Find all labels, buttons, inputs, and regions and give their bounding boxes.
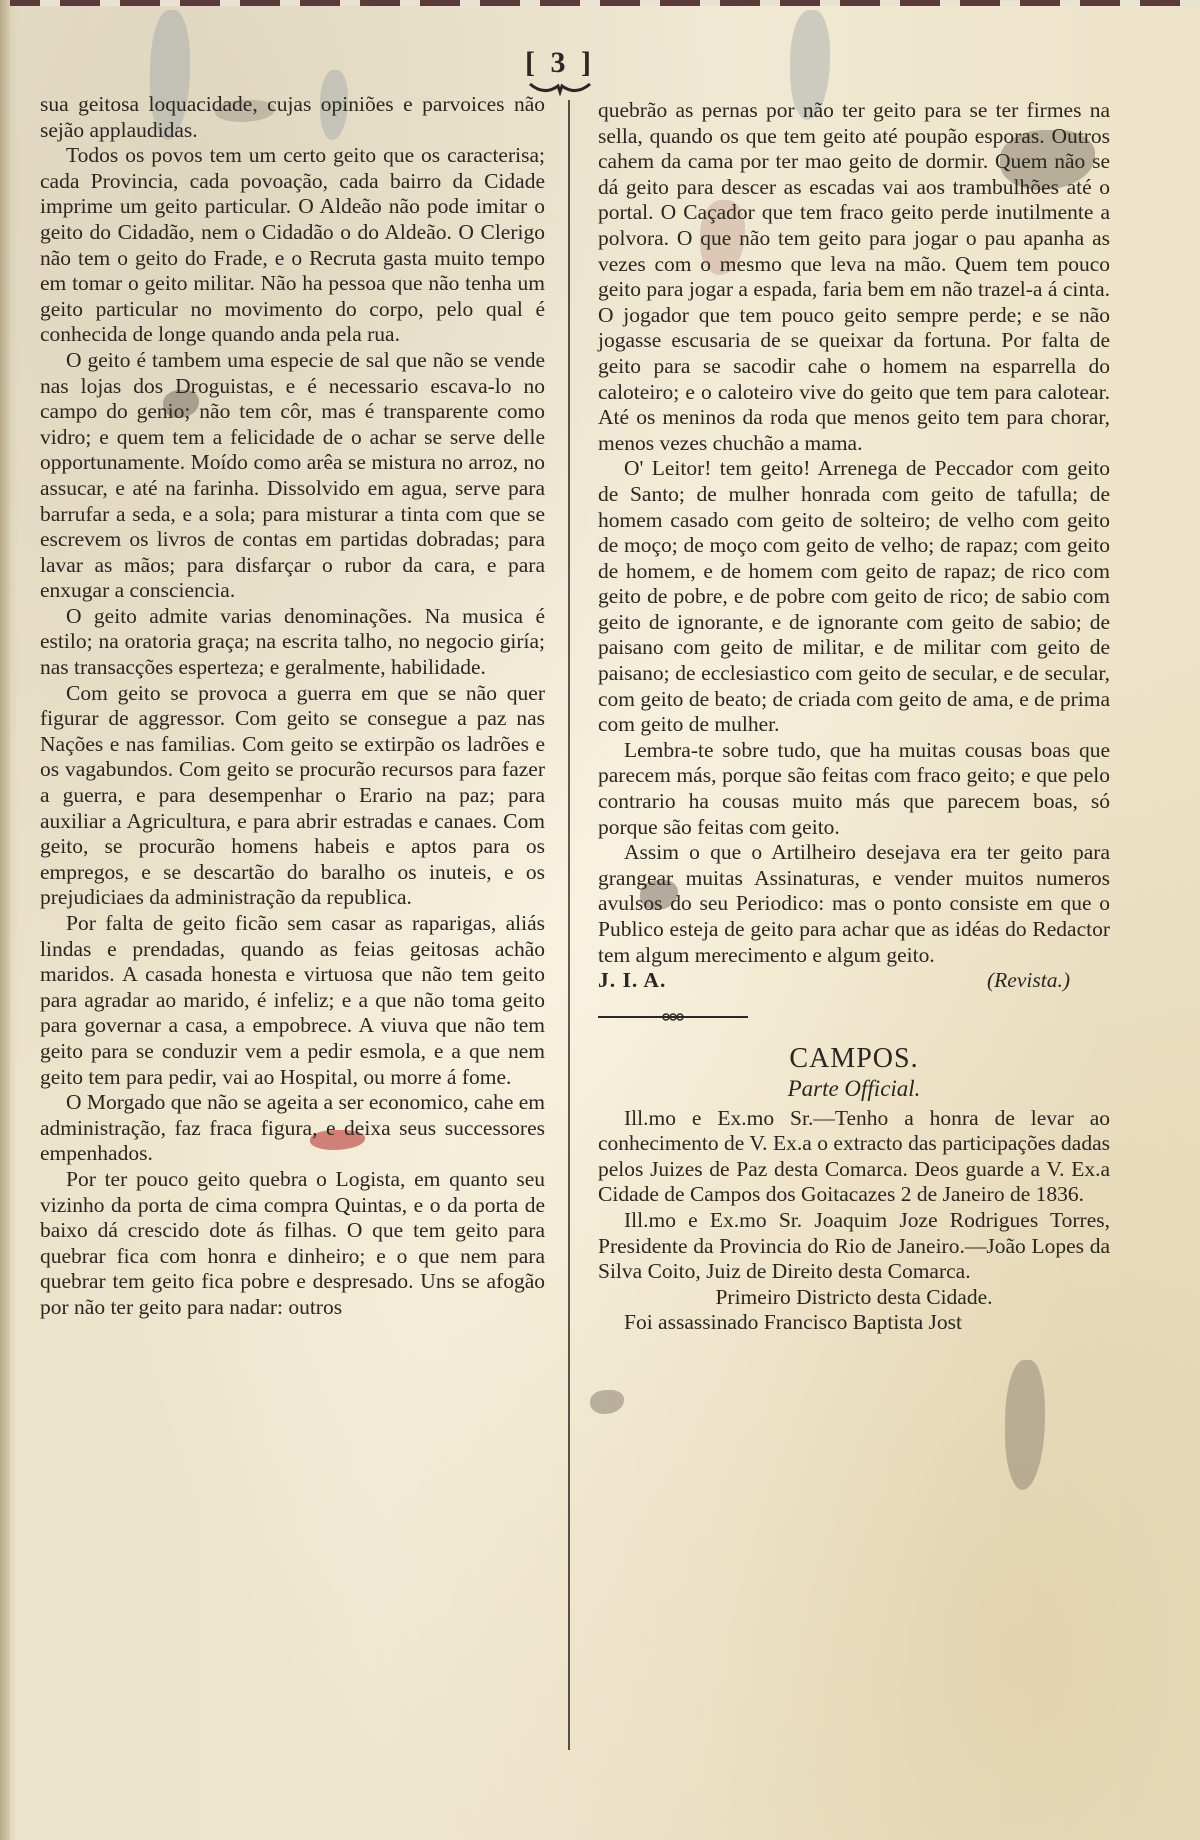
article-paragraph: Lembra-te sobre tudo, que ha muitas cous… bbox=[598, 738, 1110, 840]
article-paragraph: sua geitosa loquacidade, cujas opiniões … bbox=[40, 92, 545, 143]
article-paragraph: Assim o que o Artilheiro desejava era te… bbox=[598, 840, 1110, 968]
section-subtitle: Parte Official. bbox=[598, 1076, 1110, 1102]
article-paragraph: Todos os povos tem um certo geito que os… bbox=[40, 143, 545, 348]
article-paragraph: O geito é tambem uma especie de sal que … bbox=[40, 348, 545, 604]
district-heading: Primeiro Districto desta Cidade. bbox=[598, 1285, 1110, 1311]
ink-stain bbox=[590, 1390, 624, 1414]
newspaper-page: [ 3 ] sua geitosa loquacidade, cujas opi… bbox=[0, 0, 1200, 1840]
official-paragraph: Ill.mo e Ex.mo Sr.—Tenho a honra de leva… bbox=[598, 1106, 1110, 1208]
page-number: [ 3 ] bbox=[520, 46, 600, 80]
section-title: CAMPOS. bbox=[598, 1046, 1110, 1072]
article-paragraph: O geito admite varias denominações. Na m… bbox=[40, 604, 545, 681]
section-separator-icon bbox=[598, 1010, 748, 1024]
article-paragraph: Por ter pouco geito quebra o Logista, em… bbox=[40, 1167, 545, 1321]
article-source: (Revista.) bbox=[987, 968, 1110, 994]
article-paragraph: Por falta de geito ficão sem casar as ra… bbox=[40, 911, 545, 1090]
article-paragraph: O Morgado que não se ageita a ser econom… bbox=[40, 1090, 545, 1167]
article-paragraph: quebrão as pernas por não ter geito para… bbox=[598, 98, 1110, 456]
right-column: quebrão as pernas por não ter geito para… bbox=[598, 98, 1110, 1336]
ink-stain bbox=[1005, 1360, 1045, 1490]
article-paragraph: Com geito se provoca a guerra em que se … bbox=[40, 681, 545, 911]
article-signature-line: J. I. A. (Revista.) bbox=[598, 968, 1110, 994]
scan-edge-strip bbox=[0, 0, 1200, 6]
column-divider bbox=[568, 100, 570, 1750]
official-paragraph: Foi assassinado Francisco Baptista Jost bbox=[598, 1310, 1110, 1336]
author-initials: J. I. A. bbox=[598, 968, 666, 994]
page-binding-edge bbox=[0, 0, 10, 1840]
left-column: sua geitosa loquacidade, cujas opiniões … bbox=[40, 92, 545, 1321]
article-paragraph: O' Leitor! tem geito! Arrenega de Peccad… bbox=[598, 456, 1110, 738]
official-paragraph: Ill.mo e Ex.mo Sr. Joaquim Joze Rodrigue… bbox=[598, 1208, 1110, 1285]
